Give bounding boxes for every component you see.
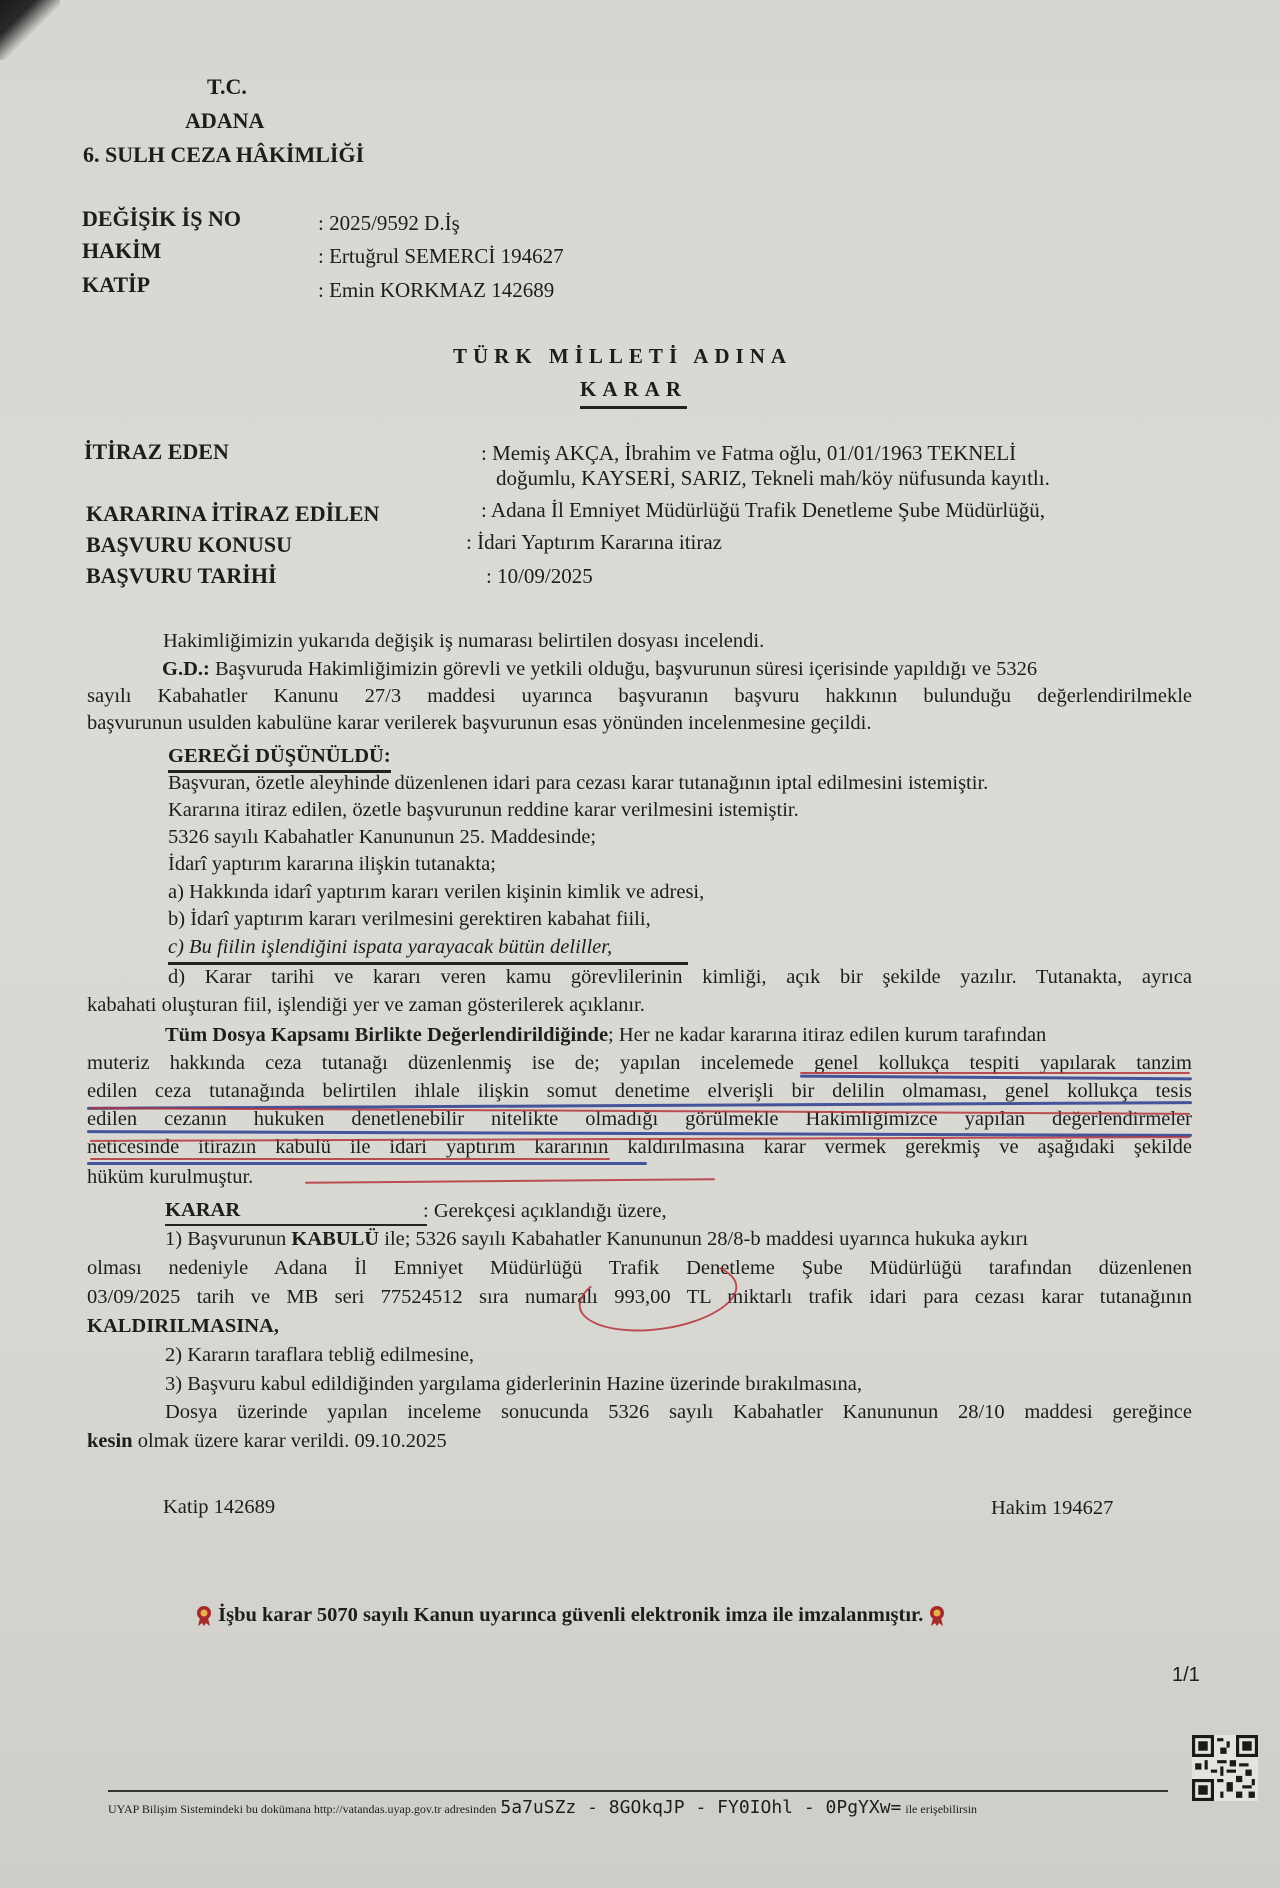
gd-line2: sayılı Kabahatler Kanunu 27/3 maddesi uy… bbox=[87, 685, 1192, 708]
evaluation-line1: Tüm Dosya Kapsamı Birlikte Değerlendiril… bbox=[165, 1024, 1046, 1047]
footer-suffix: ile erişebilirsin bbox=[905, 1802, 977, 1816]
title-karar: KARAR bbox=[580, 377, 687, 409]
clerk-value: : Emin KORKMAZ 142689 bbox=[318, 278, 554, 303]
karar-item1-line4: KALDIRILMASINA, bbox=[87, 1315, 279, 1338]
item-c-underline bbox=[168, 962, 688, 965]
item1-text-c: ile; 5326 sayılı Kabahatler Kanununun 28… bbox=[379, 1228, 1028, 1250]
item1-kabul: KABULÜ bbox=[291, 1228, 379, 1250]
objector-value-line1: : Memiş AKÇA, İbrahim ve Fatma oğlu, 01/… bbox=[481, 441, 1016, 466]
karar-item1-line1: 1) Başvurunun KABULÜ ile; 5326 sayılı Ka… bbox=[165, 1228, 1028, 1251]
karar-item3: 3) Başvuru kabul edildiğinden yargılama … bbox=[165, 1373, 862, 1396]
evaluation-line3: edilen ceza tutanağında belirtilen ihlal… bbox=[87, 1080, 1192, 1103]
considered-line2: Kararına itiraz edilen, özetle başvurunu… bbox=[168, 799, 799, 822]
esign-notice: İşbu karar 5070 sayılı Kanun uyarınca gü… bbox=[218, 1604, 923, 1626]
page-number: 1/1 bbox=[1172, 1664, 1200, 1687]
considered-line1: Başvuran, özetle aleyhinde düzenlenen id… bbox=[168, 772, 988, 795]
article-item-d-line1: d) Karar tarihi ve kararı veren kamu gör… bbox=[168, 966, 1192, 989]
kesin-text: kesin bbox=[87, 1430, 133, 1452]
esign-notice-row: İşbu karar 5070 sayılı Kanun uyarınca gü… bbox=[195, 1604, 946, 1627]
karar-item2: 2) Kararın taraflara tebliğ edilmesine, bbox=[165, 1344, 474, 1367]
karar-intro: : Gerekçesi açıklandığı üzere, bbox=[423, 1200, 667, 1223]
header-country: T.C. bbox=[207, 74, 247, 100]
pen-underline-red-4 bbox=[90, 1158, 610, 1160]
gd-line3: başvurunun usulden kabulüne karar verile… bbox=[87, 712, 871, 735]
final-text: olmak üzere karar verildi. 09.10.2025 bbox=[133, 1430, 447, 1452]
footer-verification: UYAP Bilişim Sistemindeki bu dokümana ht… bbox=[108, 1797, 977, 1818]
article-item-a: a) Hakkında idarî yaptırım kararı verile… bbox=[168, 881, 704, 904]
karar-final-line2: kesin olmak üzere karar verildi. 09.10.2… bbox=[87, 1430, 447, 1453]
clerk-label: KATİP bbox=[82, 272, 150, 298]
case-number-value: : 2025/9592 D.İş bbox=[318, 211, 460, 236]
respondent-value: : Adana İl Emniyet Müdürlüğü Trafik Dene… bbox=[481, 498, 1045, 523]
geregi-dusunuldu-heading: GEREĞİ DÜŞÜNÜLDÜ: bbox=[168, 745, 391, 773]
pen-underline-red-1 bbox=[800, 1072, 1190, 1074]
article-item-c: c) Bu fiilin işlendiğini ispata yarayaca… bbox=[168, 936, 612, 959]
evaluation-heading: Tüm Dosya Kapsamı Birlikte Değerlendiril… bbox=[165, 1024, 608, 1046]
objector-value-line2: doğumlu, KAYSERİ, SARIZ, Tekneli mah/köy… bbox=[496, 466, 1050, 491]
item1-text-a: 1) Başvurunun bbox=[165, 1228, 291, 1250]
red-seal-icon bbox=[928, 1605, 946, 1627]
footer-divider bbox=[108, 1790, 1168, 1792]
judge-value: : Ertuğrul SEMERCİ 194627 bbox=[318, 244, 564, 269]
gd-text1: Başvuruda Hakimliğimizin görevli ve yetk… bbox=[210, 658, 1037, 680]
title-nation: TÜRK MİLLETİ ADINA bbox=[453, 344, 792, 369]
article-item-d-line2: kabahati oluşturan fiil, işlendiği yer v… bbox=[87, 994, 645, 1017]
judge-label: HAKİM bbox=[82, 238, 161, 264]
red-seal-icon bbox=[195, 1605, 213, 1627]
verification-code: 5a7uSZz - 8GOkqJP - FY0IOhl - 0PgYXw= bbox=[500, 1797, 901, 1818]
application-date-value: : 10/09/2025 bbox=[486, 564, 593, 589]
page-corner-shadow bbox=[0, 0, 60, 60]
karar-underline bbox=[165, 1224, 427, 1226]
header-city: ADANA bbox=[185, 108, 264, 134]
evaluation-line6: hüküm kurulmuştur. bbox=[87, 1166, 253, 1189]
gd-label: G.D.: bbox=[162, 658, 210, 680]
subject-value: : İdari Yaptırım Kararına itiraz bbox=[466, 530, 722, 555]
qr-code-icon bbox=[1192, 1735, 1258, 1801]
case-number-label: DEĞİŞİK İŞ NO bbox=[82, 206, 241, 232]
respondent-label: KARARINA İTİRAZ EDİLEN bbox=[86, 501, 379, 527]
considered-line4: İdarî yaptırım kararına ilişkin tutanakt… bbox=[168, 853, 496, 876]
pen-underline-red-5 bbox=[305, 1178, 715, 1184]
gd-line1: G.D.: Başvuruda Hakimliğimizin görevli v… bbox=[162, 658, 1037, 681]
considered-line3: 5326 sayılı Kabahatler Kanununun 25. Mad… bbox=[168, 826, 596, 849]
karar-label: KARAR bbox=[165, 1199, 240, 1222]
subject-label: BAŞVURU KONUSU bbox=[86, 532, 292, 558]
footer-prefix: UYAP Bilişim Sistemindeki bu dokümana ht… bbox=[108, 1802, 496, 1816]
pen-underline-blue-4 bbox=[87, 1162, 647, 1165]
objector-label: İTİRAZ EDEN bbox=[84, 439, 229, 465]
judge-signature: Hakim 194627 bbox=[991, 1497, 1113, 1520]
clerk-signature: Katip 142689 bbox=[163, 1496, 275, 1519]
article-item-b: b) İdarî yaptırım kararı verilmesini ger… bbox=[168, 908, 651, 931]
karar-final-line1: Dosya üzerinde yapılan inceleme sonucund… bbox=[165, 1401, 1192, 1424]
intro-paragraph: Hakimliğimizin yukarıda değişik iş numar… bbox=[163, 630, 764, 653]
evaluation-text1: ; Her ne kadar kararına itiraz edilen ku… bbox=[608, 1024, 1046, 1046]
document-page: T.C. ADANA 6. SULH CEZA HÂKİMLİĞİ DEĞİŞİ… bbox=[0, 0, 1280, 1888]
application-date-label: BAŞVURU TARİHİ bbox=[86, 563, 277, 589]
header-court: 6. SULH CEZA HÂKİMLİĞİ bbox=[83, 142, 364, 168]
